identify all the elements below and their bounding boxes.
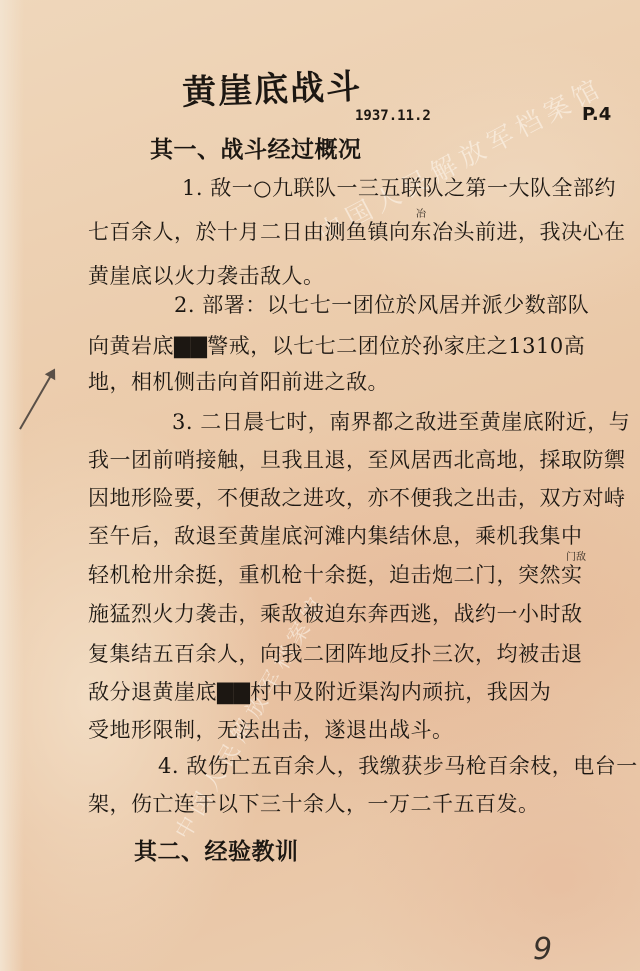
paragraph-2-line-3: 地，相机侧击向首阳前进之敌。 xyxy=(88,372,389,393)
paragraph-2-line-2: 向黄岩底▇▇警戒，以七七二团位於孙家庄之1310高 xyxy=(88,336,585,357)
paragraph-number: 1. xyxy=(182,176,203,200)
document-page: 中国人民解放军档案馆 中国人民解放军档案馆 黄崖底战斗 1937.11.2 P.… xyxy=(0,0,640,971)
paragraph-3-line-9: 受地形限制，无法出击，遂退出战斗。 xyxy=(88,720,454,741)
paragraph-4-line-2: 架，伤亡连干以下三十余人，一万二千五百发。 xyxy=(88,794,540,815)
interlinear-annotation: 门敌 xyxy=(566,548,586,563)
paragraph-number: 3. xyxy=(172,410,193,434)
paragraph-number: 4. xyxy=(158,754,179,778)
paragraph-1-line-1: 1. 敌一○九联队一三五联队之第一大队全部约 xyxy=(182,178,616,199)
paragraph-4-line-1: 4. 敌伤亡五百余人，我缴获步马枪百余枝，电台一 xyxy=(158,756,638,777)
section-2-heading: 其二、经验教训 xyxy=(134,840,299,863)
paragraph-3-line-3: 因地形险要，不便敌之进攻，亦不便我之出击，双方对峙 xyxy=(88,488,626,509)
paragraph-3-line-8: 敌分退黄崖底▇▇村中及附近渠沟内顽抗，我因为 xyxy=(88,682,551,703)
paragraph-1-line-3: 黄崖底以火力袭击敌人。 xyxy=(88,266,325,287)
document-title: 黄崖底战斗 xyxy=(181,59,363,114)
paragraph-3-line-4: 至午后，敌退至黄崖底河滩内集结休息，乘机我集中 xyxy=(88,526,583,547)
paragraph-3-line-6: 施猛烈火力袭击，乘敌被迫东奔西逃，战约一小时敌 xyxy=(88,604,583,625)
paragraph-3-line-1: 3. 二日晨七时，南界都之敌进至黄崖底附近，与 xyxy=(172,412,630,433)
document-date: 1937.11.2 xyxy=(355,108,431,124)
paragraph-3-line-2: 我一团前哨接触，旦我且退，至风居西北高地，採取防禦 xyxy=(88,450,626,471)
paragraph-2-line-1: 2. 部署：以七七一团位於风居并派少数部队 xyxy=(174,295,589,316)
paragraph-1-line-2: 七百余人，於十月二日由测鱼镇向东冶头前进，我决心在 xyxy=(88,222,626,243)
paragraph-number: 2. xyxy=(174,293,195,317)
page-number: P.4 xyxy=(582,104,611,125)
paragraph-3-line-7: 复集结五百余人，向我二团阵地反扑三次，均被击退 xyxy=(88,644,583,665)
paper-edge xyxy=(0,0,24,971)
archive-folio-number: 9 xyxy=(533,932,552,967)
section-1-heading: 其一、战斗经过概况 xyxy=(150,138,362,161)
margin-arrow-mark xyxy=(19,372,54,430)
interlinear-annotation: 冶 xyxy=(416,205,426,220)
paragraph-3-line-5: 轻机枪卅余挺，重机枪十余挺，迫击炮二门，突然实 xyxy=(88,565,583,586)
